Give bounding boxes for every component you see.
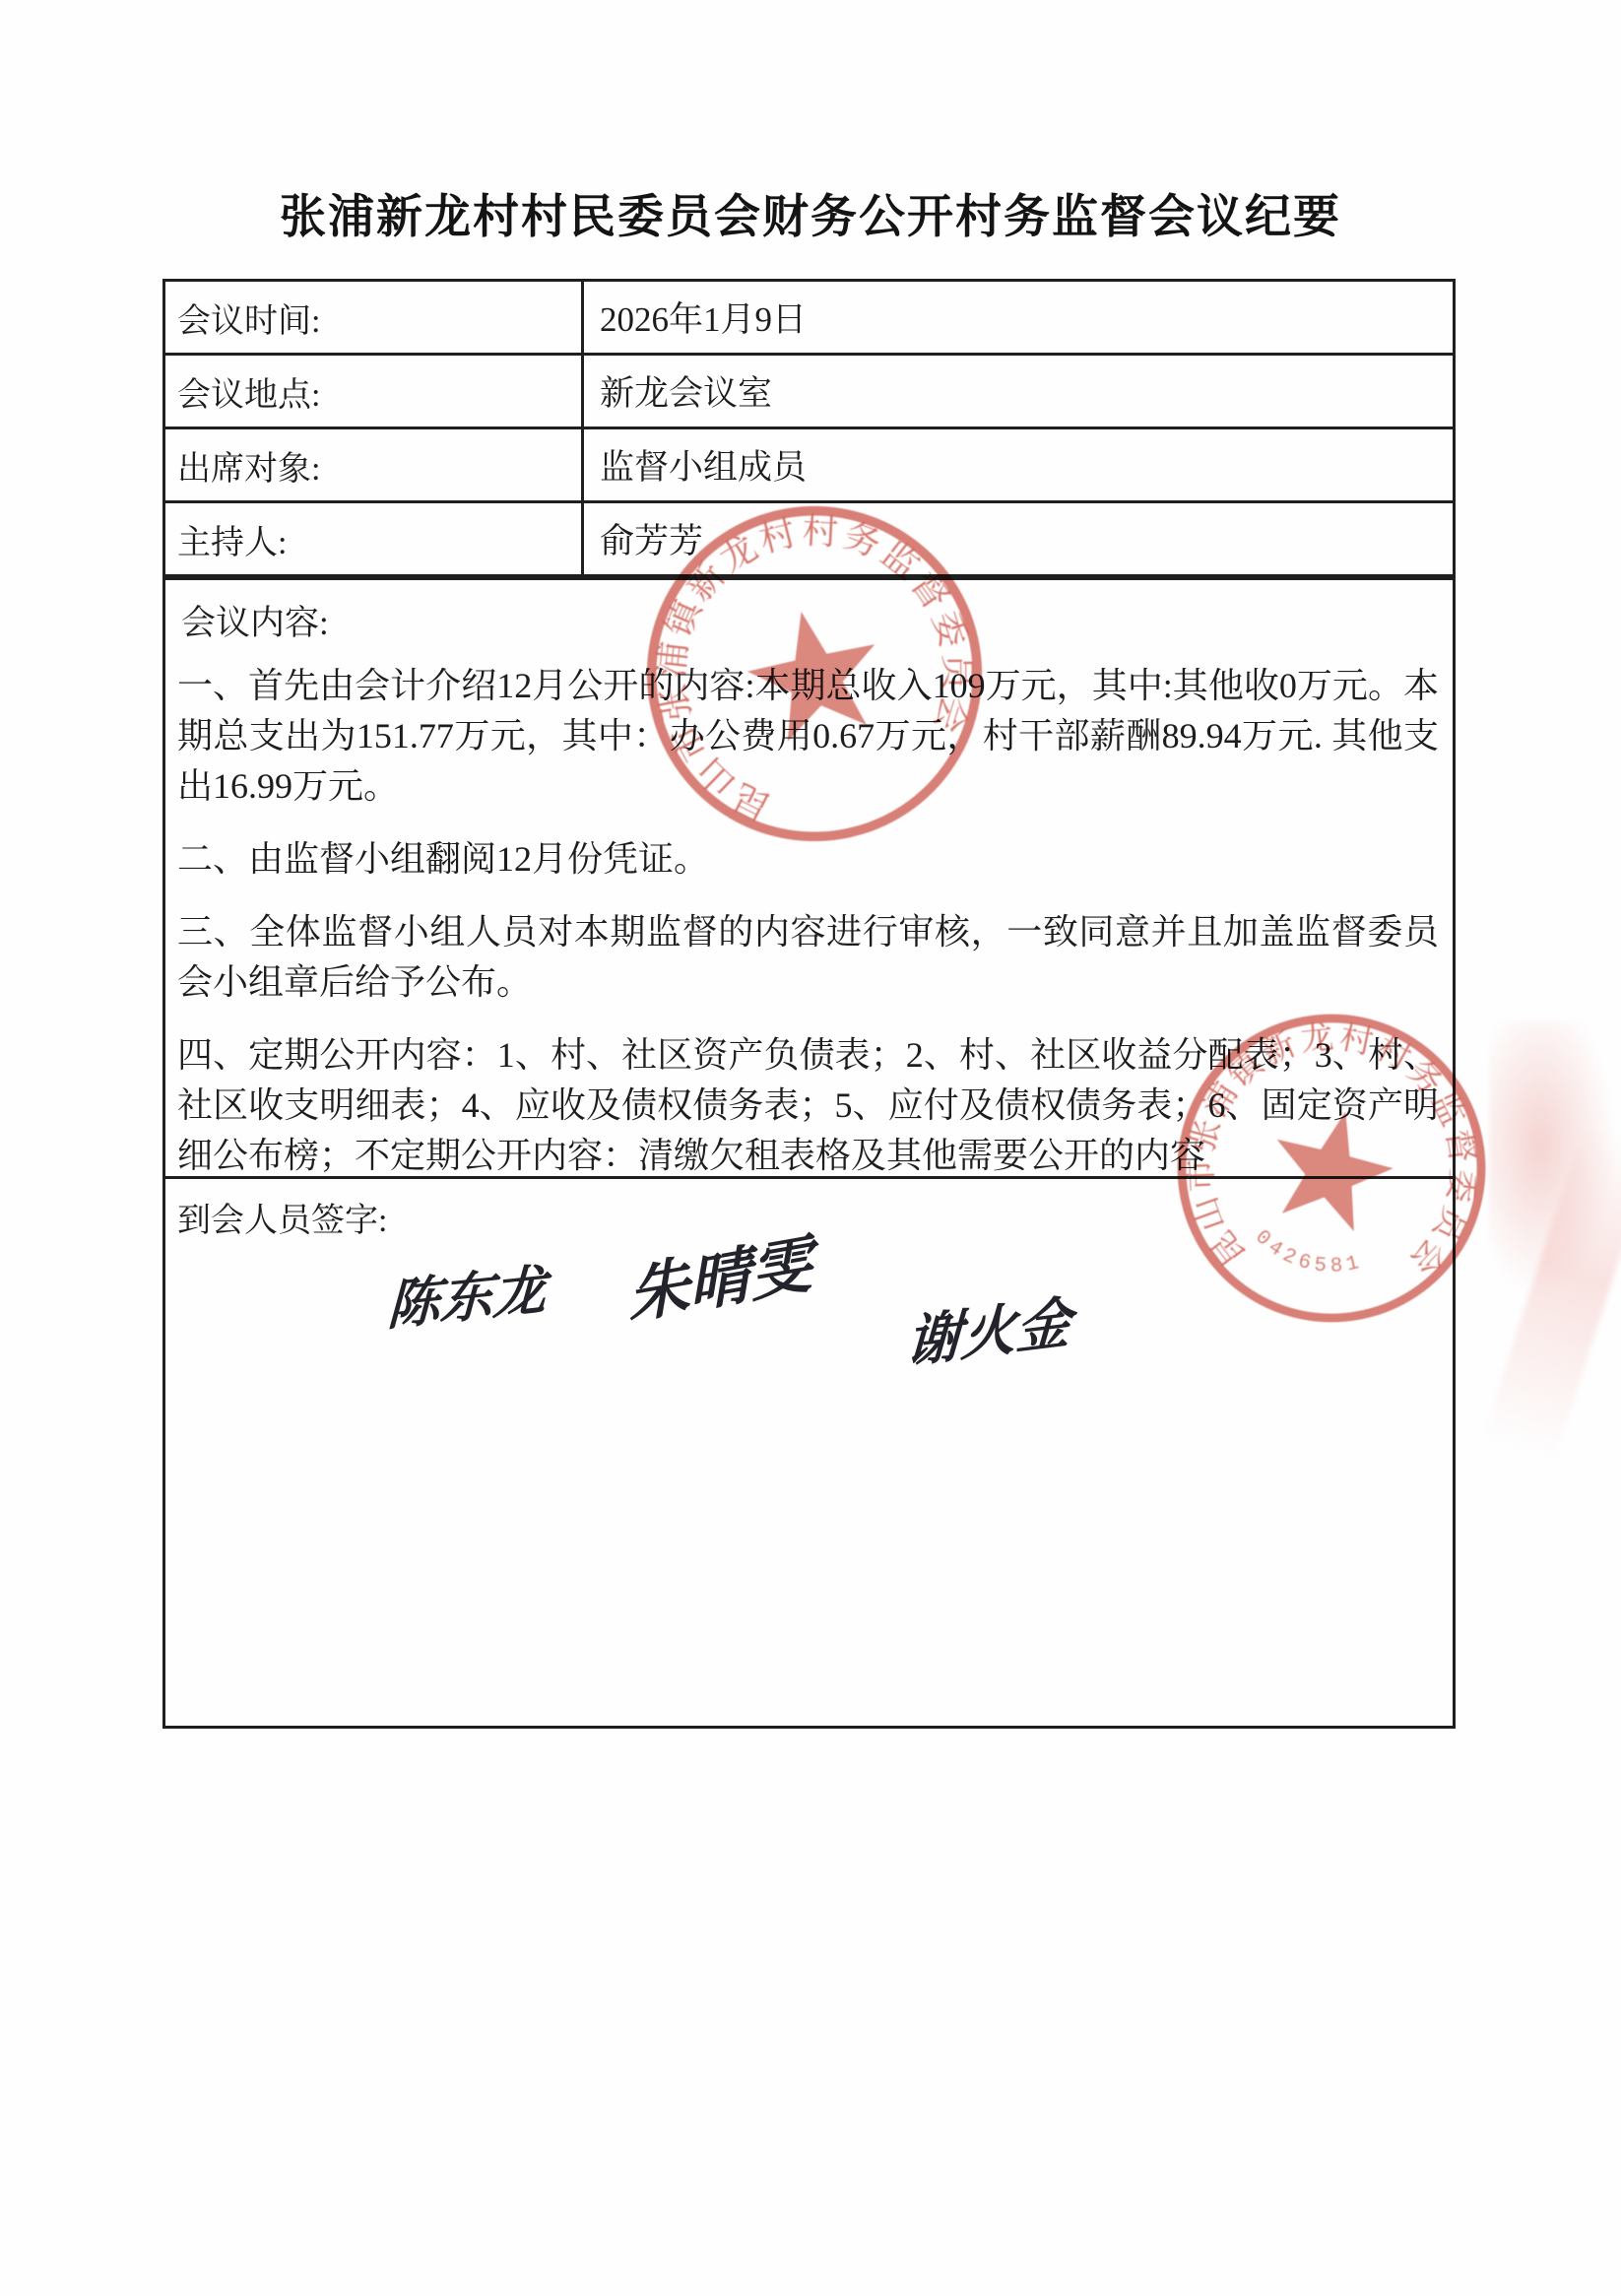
row-value: 2026年1月9日	[584, 282, 1453, 353]
scanned-meeting-minutes-page: 张浦新龙村村民委员会财务公开村务监督会议纪要 会议时间: 2026年1月9日 会…	[0, 0, 1621, 2296]
svg-text:0426581: 0426581	[1246, 1223, 1371, 1289]
stamp-serial-number: 0426581	[1246, 1223, 1371, 1289]
row-label: 会议时间:	[165, 282, 584, 353]
table-row-meeting-time: 会议时间: 2026年1月9日	[165, 282, 1453, 356]
ink-streak	[1482, 1120, 1621, 1462]
star-icon	[738, 598, 891, 747]
row-label: 出席对象:	[165, 429, 584, 500]
row-value: 新龙会议室	[584, 356, 1453, 426]
page-title: 张浦新龙村村民委员会财务公开村务监督会议纪要	[0, 180, 1621, 246]
row-label: 主持人:	[165, 503, 584, 574]
handwritten-signature-3: 谢火金	[905, 1279, 1073, 1379]
row-label: 会议地点:	[165, 356, 584, 426]
table-row-attendees: 出席对象: 监督小组成员	[165, 429, 1453, 503]
table-row-meeting-place: 会议地点: 新龙会议室	[165, 356, 1453, 429]
star-icon	[1260, 1097, 1403, 1237]
red-round-stamp-top: 昆山市张浦镇新龙村村务监督委员会	[612, 471, 1018, 878]
row-value: 监督小组成员	[584, 429, 1453, 500]
handwritten-signature-1: 陈东龙	[386, 1247, 548, 1341]
